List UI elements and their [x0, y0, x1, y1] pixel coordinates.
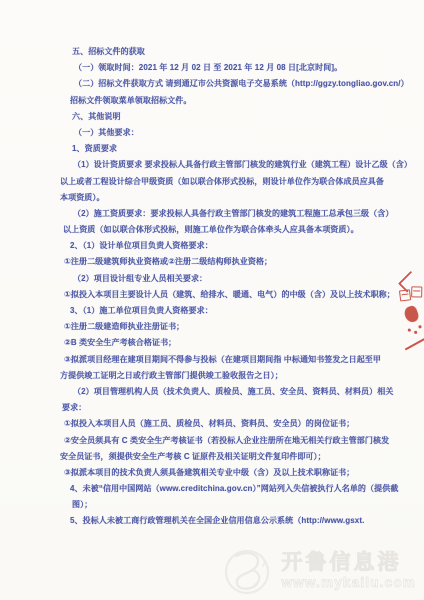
seal-blob [403, 305, 421, 324]
text-line: （1）设计资质要求 要求投标人具备行政主管部门核发的建筑行业（建筑工程）设计乙级… [60, 157, 390, 173]
scanned-document-page: 五、招标文件的获取（一）领取时间：2021 年 12 月 02 日 至 2021… [0, 0, 424, 600]
text-line: ①拟投入本项目人员（施工员、质检员、材料员、资料员、安全员）的岗位证书； [60, 416, 390, 432]
text-line: 5、投标人未被工商行政管理机关在全国企业信用信息公示系统（http://www.… [60, 513, 390, 529]
text-line: （2）施工资质要求：要求投标人具备行政主管部门核发的建筑工程施工总承包三级（含） [60, 206, 390, 222]
red-seal-fragment-icon [392, 270, 424, 375]
text-line: ③拟派项目经理在建项目期间不得参与投标（在建项目期间指 中标通知书签发之日起至甲 [60, 352, 390, 368]
seal-dot [414, 331, 417, 334]
text-line: ③拟派本项目的技术负责人须具备建筑相关专业中级（含）及以上技术职称证书； [60, 465, 390, 481]
text-line: 六、其他说明 [60, 109, 390, 125]
document-lines: 五、招标文件的获取（一）领取时间：2021 年 12 月 02 日 至 2021… [60, 44, 390, 530]
text-line: （二）招标文件获取方式 请到通辽市公共资源电子交易系统（http://ggzy.… [60, 76, 390, 92]
watermark-text: 开鲁信息港 www.mykailu.com [281, 551, 416, 591]
watermark-url: www.mykailu.com [281, 575, 416, 591]
seal-glyph [399, 289, 411, 301]
watermark-site-name: 开鲁信息港 [281, 551, 401, 575]
watermark: 开鲁信息港 www.mykailu.com [222, 544, 416, 598]
text-line: 以上资质（如以联合体形式投标，则施工单位作为联合体牵头人应具备本项资质）。 [60, 222, 390, 238]
text-line: 3、（1）施工单位项目负责人资格要求： [60, 303, 390, 319]
text-line: 招标文件领取菜单领取招标文件。 [60, 93, 390, 109]
text-line: （2）项目管理机构人员（技术负责人、质检员、施工员、安全员、资料员、材料员）相关 [60, 384, 390, 400]
text-line: ②安全员须具有 C 类安全生产考核证书（若投标人企业注册所在地无相关行政主管部门… [60, 433, 390, 449]
text-line: 要求： [60, 400, 390, 416]
text-line: ①注册二级建筑师执业资格或②注册二级结构师执业资格； [60, 254, 390, 270]
text-line: ②B 类安全生产考核合格证书； [60, 335, 390, 351]
seal-glyph [411, 286, 422, 297]
seal-mark [419, 338, 424, 342]
text-line: （一）其他要求： [60, 125, 390, 141]
text-line: ①拟投入本项目主要设计人员（建筑、给排水、暖通、电气）的中级（含）及以上技术职称… [60, 287, 390, 303]
text-line: ①注册二级建造师执业注册证书； [60, 319, 390, 335]
text-line: 安全员证书，须提供安全生产考核 C 证原件及相关证明文件复印件即可）； [60, 449, 390, 465]
text-line: （2）项目设计组专业人员相关要求： [60, 271, 390, 287]
seal-dot [418, 325, 421, 328]
seal-dot [408, 329, 411, 332]
text-line: 以上或者工程设计综合甲级资质（如以联合体形式投标，则设计单位作为联合体成员应具备 [60, 174, 390, 190]
text-line: （一）领取时间：2021 年 12 月 02 日 至 2021 年 12 月 0… [60, 60, 390, 76]
text-line: 方提供竣工证明之日或行政主管部门提供竣工验收报告之日）； [60, 368, 390, 384]
text-line: 本项资质）。 [60, 190, 390, 206]
text-line: 五、招标文件的获取 [60, 44, 390, 60]
text-line: 4、未被“信用中国网站（www.creditchina.gov.cn）”网站列入… [60, 481, 390, 497]
text-line: 1、资质要求 [60, 141, 390, 157]
text-line: 图）； [60, 497, 390, 513]
watermark-logo-icon [222, 546, 272, 596]
text-line: 2、（1）设计单位项目负责人资格要求： [60, 238, 390, 254]
